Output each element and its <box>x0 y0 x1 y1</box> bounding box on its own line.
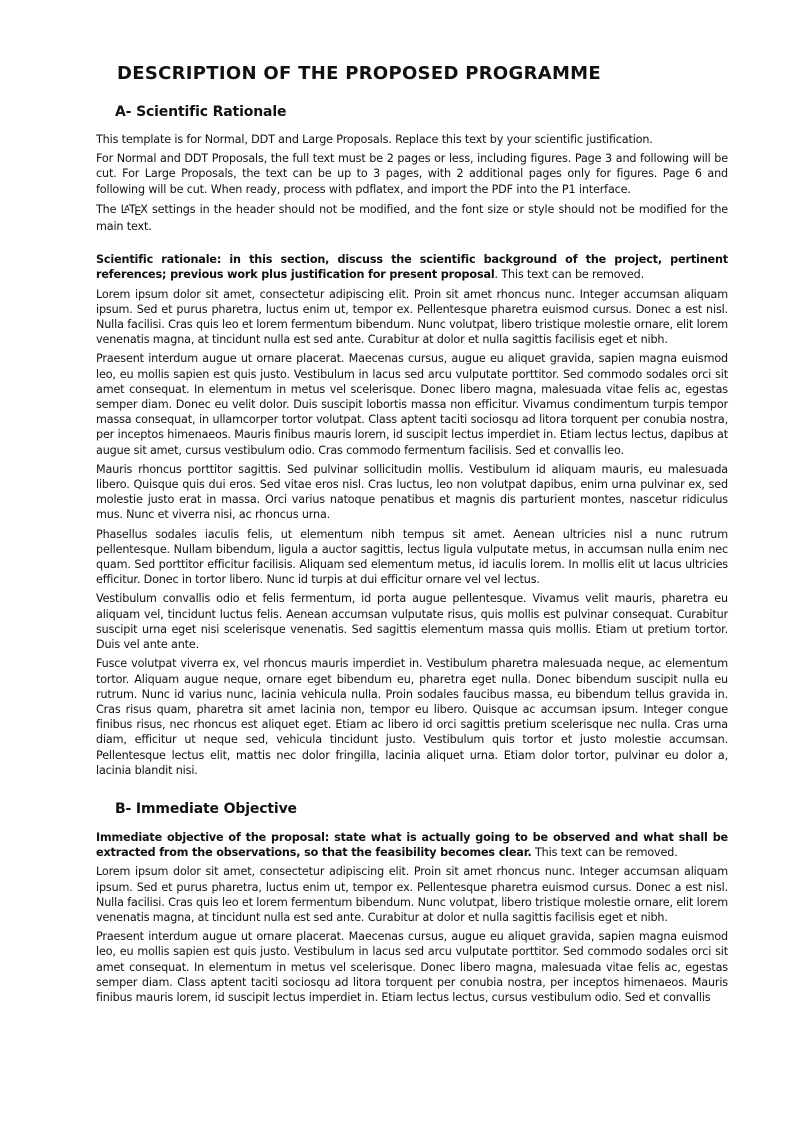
latex-note-paragraph: The LATEX settings in the header should … <box>96 201 728 234</box>
body-paragraph: Vestibulum convallis odio et felis ferme… <box>96 591 728 652</box>
body-paragraph: Phasellus sodales iaculis felis, ut elem… <box>96 527 728 588</box>
body-paragraph: Praesent interdum augue ut ornare placer… <box>96 351 728 457</box>
latex-note-after: settings in the header should not be mod… <box>96 203 728 233</box>
section-heading: B- Immediate Objective <box>115 800 728 818</box>
body-paragraph: Fusce volutpat viverra ex, vel rhoncus m… <box>96 656 728 778</box>
body-paragraph: Praesent interdum augue ut ornare placer… <box>96 929 728 1005</box>
instruction-normal: This text can be removed. <box>532 846 678 859</box>
latex-note-before: The <box>96 203 121 216</box>
instruction-normal: . This text can be removed. <box>495 268 644 281</box>
intro-paragraph: This template is for Normal, DDT and Lar… <box>96 132 728 147</box>
page-title: DESCRIPTION OF THE PROPOSED PROGRAMME <box>117 62 728 86</box>
section-heading: A- Scientific Rationale <box>115 103 728 121</box>
instruction-paragraph: Scientific rationale: in this section, d… <box>96 252 728 282</box>
spacer <box>96 238 728 252</box>
section-immediate-objective: B- Immediate Objective Immediate objecti… <box>96 800 728 1005</box>
latex-logo: LATEX <box>121 203 148 216</box>
body-paragraph: Lorem ipsum dolor sit amet, consectetur … <box>96 864 728 925</box>
document-page: DESCRIPTION OF THE PROPOSED PROGRAMME A-… <box>96 62 728 1009</box>
body-paragraph: Mauris rhoncus porttitor sagittis. Sed p… <box>96 462 728 523</box>
section-scientific-rationale: A- Scientific Rationale This template is… <box>96 103 728 778</box>
instruction-paragraph: Immediate objective of the proposal: sta… <box>96 830 728 860</box>
body-paragraph: Lorem ipsum dolor sit amet, consectetur … <box>96 287 728 348</box>
intro-paragraph: For Normal and DDT Proposals, the full t… <box>96 151 728 197</box>
